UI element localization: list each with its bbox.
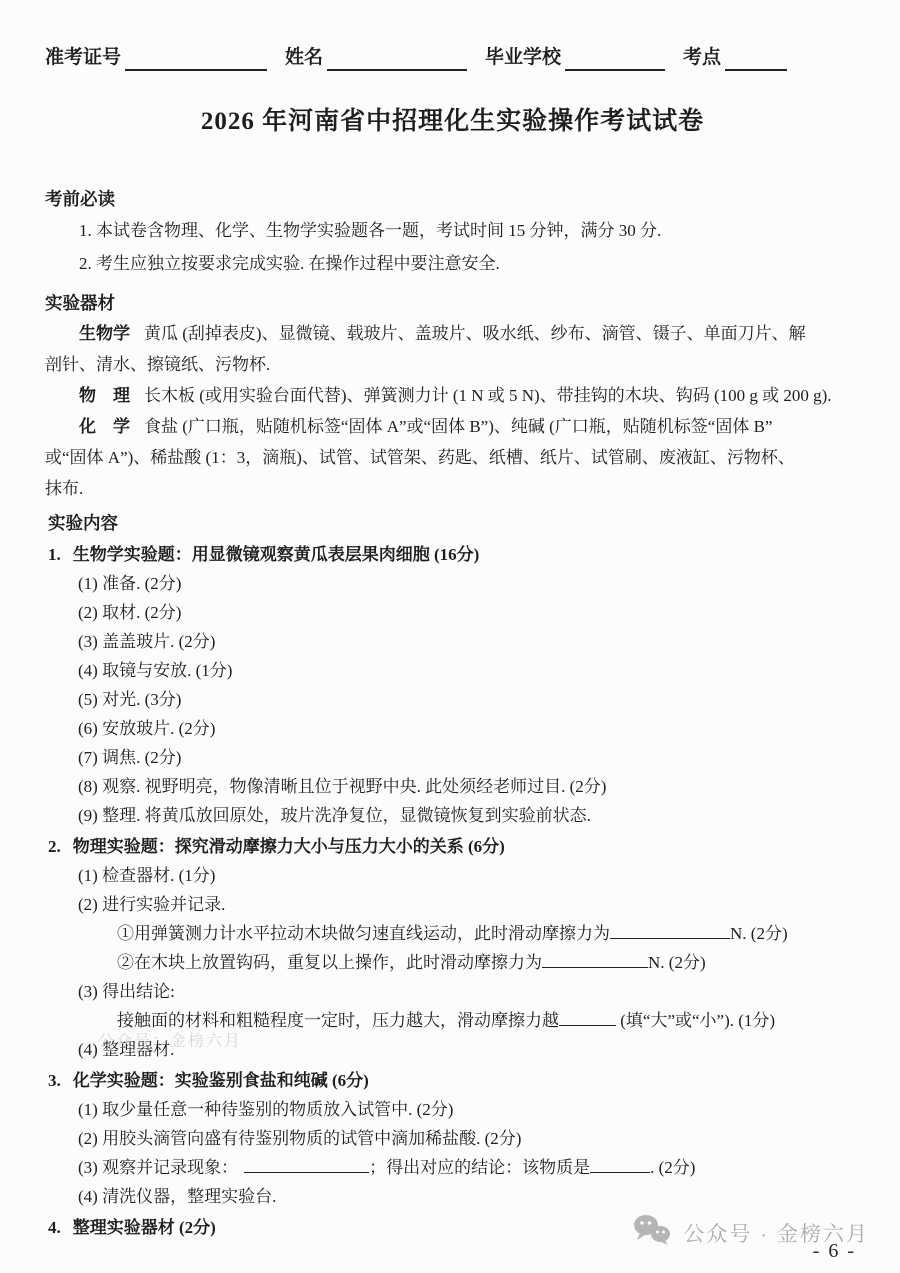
q1-step-4: (4) 取镜与安放. (1分) xyxy=(45,656,860,685)
q2-substep-2-text: ②在木块上放置钩码，重复以上操作，此时滑动摩擦力为 xyxy=(117,953,542,972)
exam-site-label: 考点 xyxy=(683,45,721,71)
graduating-school-blank-line xyxy=(565,47,665,71)
equipment-heading: 实验器材 xyxy=(45,288,860,318)
q2-substep-1-text: ①用弹簧测力计水平拉动木块做匀速直线运动，此时滑动摩擦力为 xyxy=(117,924,610,943)
q2-step-3: (3) 得出结论: xyxy=(45,977,860,1006)
q1-step-8: (8) 观察. 视野明亮，物像清晰且位于视野中央. 此处须经老师过目. (2分) xyxy=(45,772,860,801)
q2-substep-2-unit: N. (2分) xyxy=(648,953,706,972)
q2-substep-2: ②在木块上放置钩码，重复以上操作，此时滑动摩擦力为N. (2分) xyxy=(45,948,860,977)
equipment-biology-line2: 剖针、清水、擦镜纸、污物杯. xyxy=(45,349,860,380)
candidate-info-row: 准考证号 姓名 毕业学校 考点 xyxy=(45,45,805,71)
admission-number-label: 准考证号 xyxy=(45,45,121,71)
q1-step-9: (9) 整理. 将黄瓜放回原处，玻片洗净复位，显微镜恢复到实验前状态. xyxy=(45,801,860,830)
q3-step-3-blank-line-2 xyxy=(590,1157,650,1173)
q3-step-3-prefix: (3) 观察并记录现象： xyxy=(78,1158,238,1177)
q3-step-3: (3) 观察并记录现象：；得出对应的结论：该物质是. (2分) xyxy=(45,1153,860,1182)
exam-title: 2026 年河南省中招理化生实验操作考试试卷 xyxy=(45,105,860,138)
q3-step-2: (2) 用胶头滴管向盛有待鉴别物质的试管中滴加稀盐酸. (2分) xyxy=(45,1124,860,1153)
name-label: 姓名 xyxy=(285,45,323,71)
q2-step-4: (4) 整理器材. xyxy=(45,1035,860,1064)
q2-conclusion-text: 接触面的材料和粗糙程度一定时，压力越大，滑动摩擦力越 xyxy=(117,1011,559,1030)
chemistry-subject-label: 化 学 xyxy=(79,417,130,436)
q2-conclusion: 接触面的材料和粗糙程度一定时，压力越大，滑动摩擦力越 (填“大”或“小”). (… xyxy=(45,1006,860,1035)
q2-substep-1-blank-line xyxy=(610,923,730,939)
q2-conclusion-suffix: (填“大”或“小”). (1分) xyxy=(616,1011,775,1030)
question3-title-text: 化学实验题：实验鉴别食盐和纯碱 (6分) xyxy=(73,1071,369,1090)
equipment-chemistry-line2: 或“固体 A”)、稀盐酸 (1：3，滴瓶)、试管、试管架、药匙、纸槽、纸片、试管… xyxy=(45,442,860,473)
admission-number-blank-line xyxy=(125,47,267,71)
biology-subject-label: 生物学 xyxy=(79,324,130,343)
q3-step-4: (4) 清洗仪器，整理实验台. xyxy=(45,1182,860,1211)
content-heading: 实验内容 xyxy=(45,508,860,538)
q3-step-3-blank-line-1 xyxy=(244,1157,369,1173)
q2-substep-1-unit: N. (2分) xyxy=(730,924,788,943)
physics-items-text: 长木板 (或用实验台面代替)、弹簧测力计 (1 N 或 5 N)、带挂钩的木块、… xyxy=(144,386,832,405)
exam-site-blank-line xyxy=(725,47,787,71)
q3-step-3-suffix: . (2分) xyxy=(650,1158,695,1177)
wechat-icon xyxy=(633,1214,671,1251)
equipment-biology-line1: 生物学黄瓜 (刮掉表皮)、显微镜、载玻片、盖玻片、吸水纸、纱布、滴管、镊子、单面… xyxy=(45,318,860,349)
chemistry-items-text: 食盐 (广口瓶，贴随机标签“固体 A”或“固体 B”)、纯碱 (广口瓶，贴随机标… xyxy=(144,417,772,436)
q1-step-1: (1) 准备. (2分) xyxy=(45,569,860,598)
question2-title-text: 物理实验题：探究滑动摩擦力大小与压力大小的关系 (6分) xyxy=(73,837,505,856)
equipment-chemistry-line1: 化 学食盐 (广口瓶，贴随机标签“固体 A”或“固体 B”)、纯碱 (广口瓶，贴… xyxy=(45,411,860,442)
biology-items-text: 黄瓜 (刮掉表皮)、显微镜、载玻片、盖玻片、吸水纸、纱布、滴管、镊子、单面刀片、… xyxy=(144,324,806,343)
question1-number: 1. xyxy=(48,545,61,564)
name-blank-line xyxy=(327,47,467,71)
q1-step-3: (3) 盖盖玻片. (2分) xyxy=(45,627,860,656)
question4-number: 4. xyxy=(48,1218,61,1237)
q1-step-2: (2) 取材. (2分) xyxy=(45,598,860,627)
notice-item-2: 2. 考生应独立按要求完成实验. 在操作过程中要注意安全. xyxy=(45,247,860,280)
notice-item-1: 1. 本试卷含物理、化学、生物学实验题各一题，考试时间 15 分钟，满分 30 … xyxy=(45,214,860,247)
q2-conclusion-blank-line xyxy=(559,1010,616,1026)
q2-substep-2-blank-line xyxy=(542,952,648,968)
q3-step-3-mid: ；得出对应的结论：该物质是 xyxy=(369,1158,590,1177)
q2-step-2: (2) 进行实验并记录. xyxy=(45,890,860,919)
question2-title: 2.物理实验题：探究滑动摩擦力大小与压力大小的关系 (6分) xyxy=(45,832,860,861)
question2-number: 2. xyxy=(48,837,61,856)
q2-step-1: (1) 检查器材. (1分) xyxy=(45,861,860,890)
q1-step-6: (6) 安放玻片. (2分) xyxy=(45,714,860,743)
notice-heading: 考前必读 xyxy=(45,184,860,214)
q1-step-7: (7) 调焦. (2分) xyxy=(45,743,860,772)
page-number: - 6 - xyxy=(813,1240,856,1263)
q3-step-1: (1) 取少量任意一种待鉴别的物质放入试管中. (2分) xyxy=(45,1095,860,1124)
question4-title-text: 整理实验器材 (2分) xyxy=(73,1218,216,1237)
exam-paper-page: 准考证号 姓名 毕业学校 考点 2026 年河南省中招理化生实验操作考试试卷 考… xyxy=(0,0,900,1273)
question3-title: 3.化学实验题：实验鉴别食盐和纯碱 (6分) xyxy=(45,1066,860,1095)
question3-number: 3. xyxy=(48,1071,61,1090)
q2-substep-1: ①用弹簧测力计水平拉动木块做匀速直线运动，此时滑动摩擦力为N. (2分) xyxy=(45,919,860,948)
q1-step-5: (5) 对光. (3分) xyxy=(45,685,860,714)
physics-subject-label: 物 理 xyxy=(79,386,130,405)
equipment-physics-line1: 物 理长木板 (或用实验台面代替)、弹簧测力计 (1 N 或 5 N)、带挂钩的… xyxy=(45,380,860,411)
graduating-school-label: 毕业学校 xyxy=(485,45,561,71)
question1-title: 1.生物学实验题：用显微镜观察黄瓜表层果肉细胞 (16分) xyxy=(45,540,860,569)
question1-title-text: 生物学实验题：用显微镜观察黄瓜表层果肉细胞 (16分) xyxy=(73,545,480,564)
equipment-chemistry-line3: 抹布. xyxy=(45,473,860,504)
